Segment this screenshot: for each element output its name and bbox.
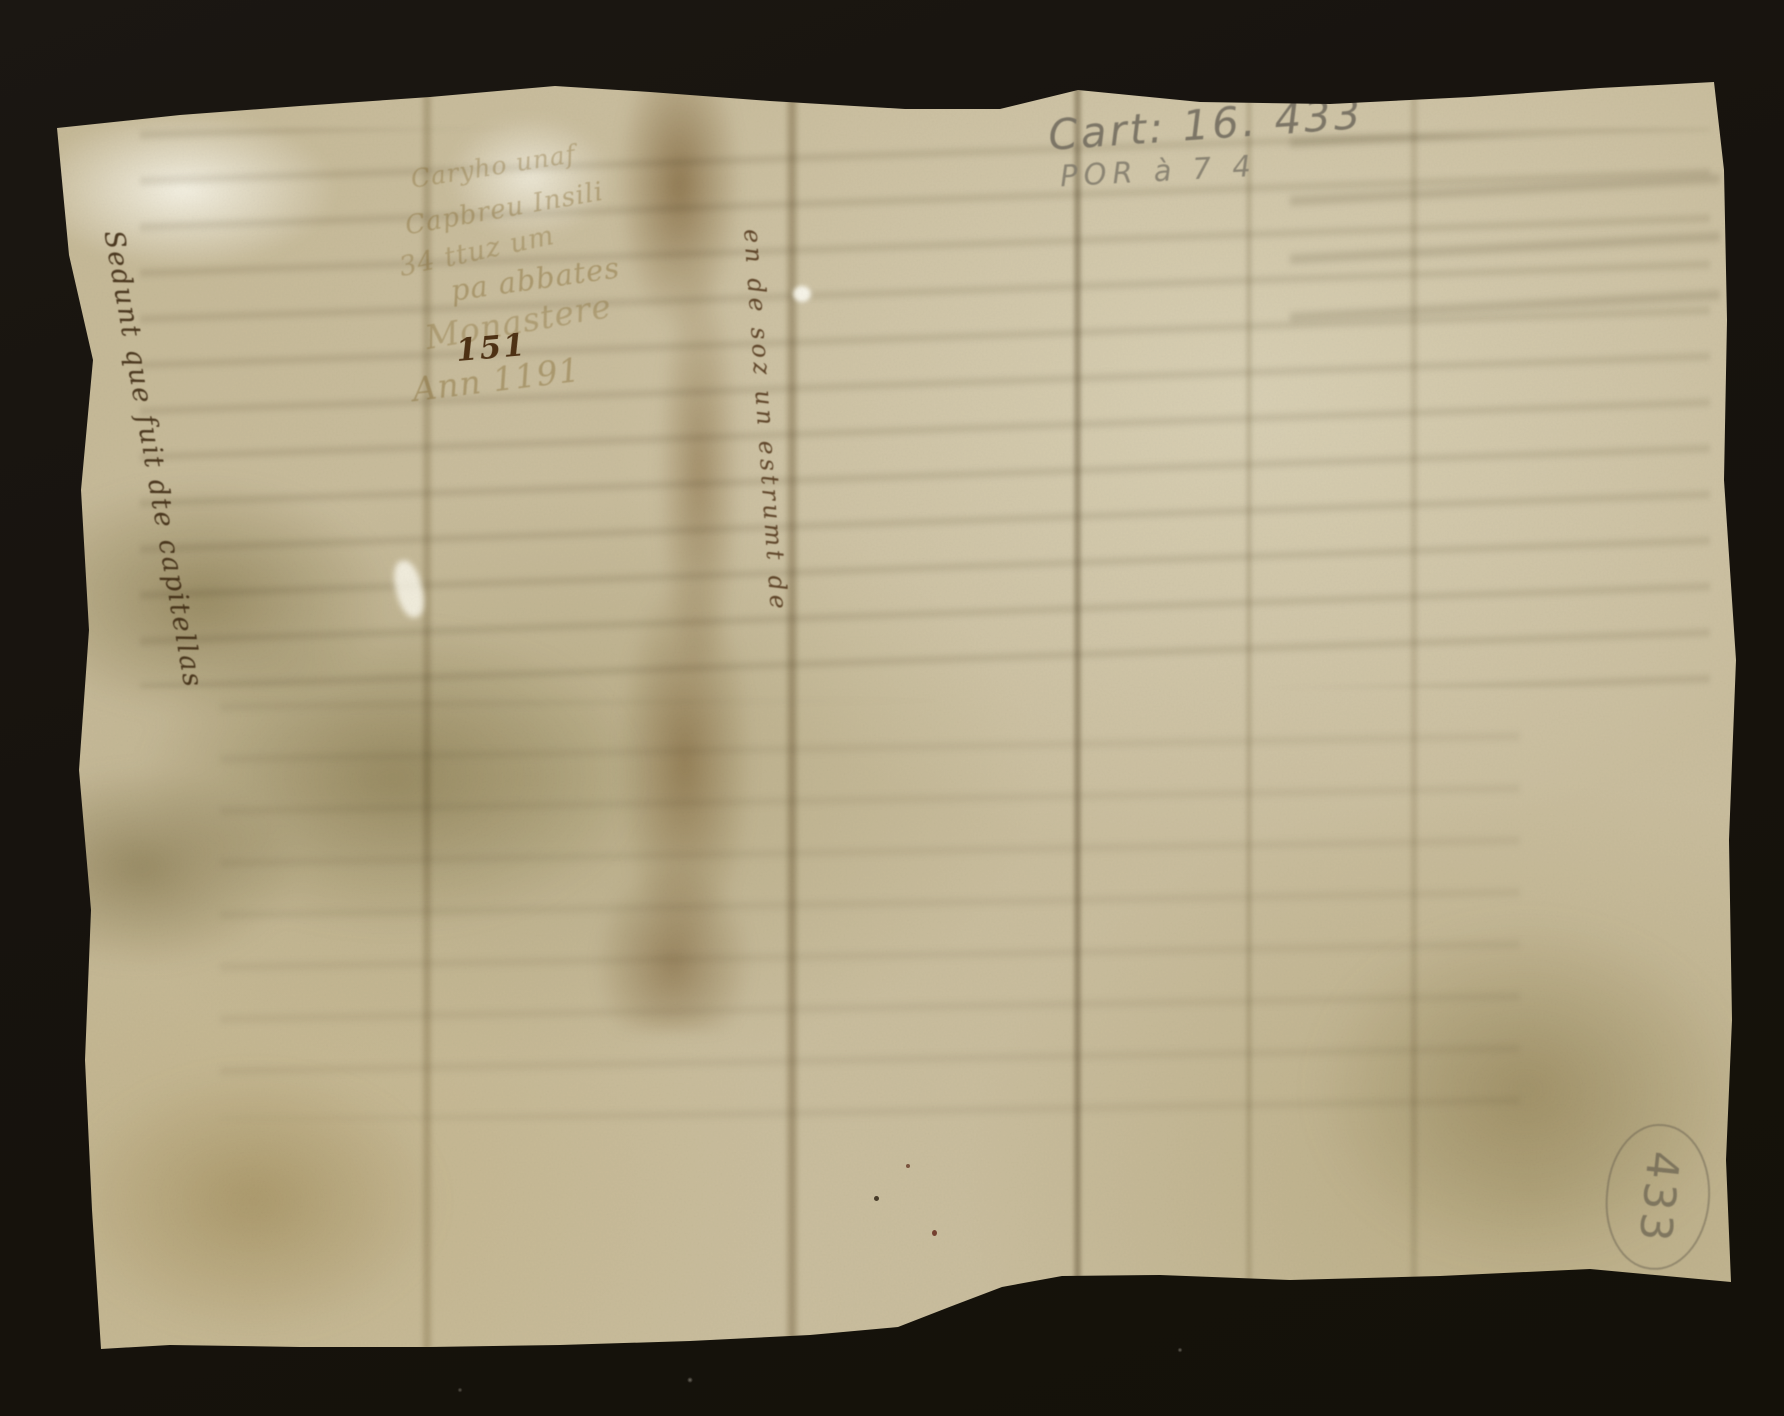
parchment-sheet: Caryho unaf Capbreu Insili 34 ttuz um pa… <box>0 0 1784 1416</box>
photo-black-mat: Caryho unaf Capbreu Insili 34 ttuz um pa… <box>0 0 1784 1416</box>
parchment-grain-texture <box>0 0 1784 1416</box>
